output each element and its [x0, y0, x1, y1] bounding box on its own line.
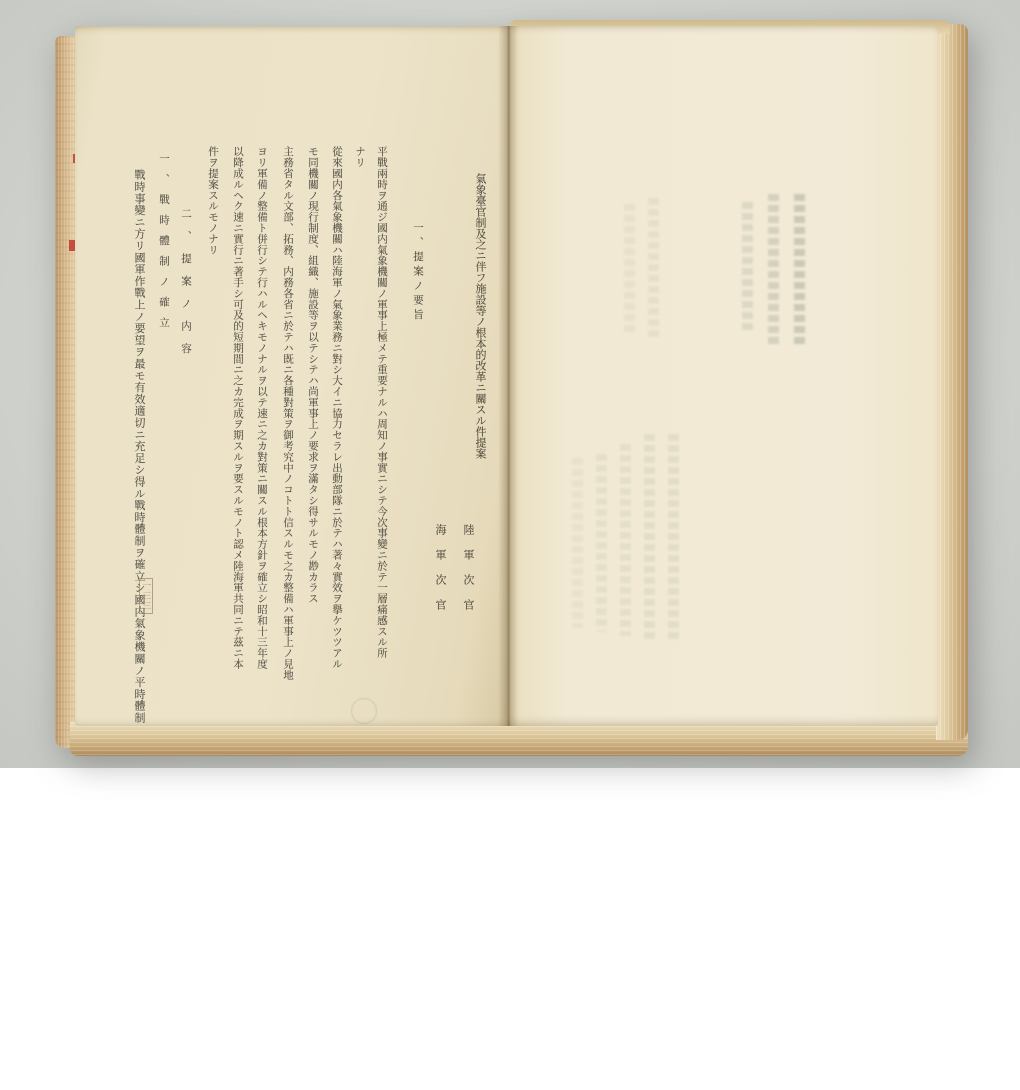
photo-background: 氣象臺官制及之ニ伴フ施設等ノ根本的改革ニ關スル件提案 陸軍次官 海軍次官 一、提… — [0, 0, 1020, 768]
addressee-army: 陸軍次官 — [462, 524, 474, 768]
body-column: ナリ — [354, 146, 366, 712]
showthrough-text-mark — [572, 458, 583, 628]
right-page-edges — [936, 24, 968, 740]
addressee-navy: 海軍次官 — [434, 524, 446, 768]
right-page — [508, 26, 938, 726]
bottom-page-edges — [70, 722, 968, 756]
showthrough-text-mark — [668, 434, 679, 640]
showthrough-text-mark — [624, 204, 635, 334]
body-column: 主務省タル文部、拓務、内務各省ニ於テハ既ニ各種對策ヲ御考究中ノコトト信スルモ之カ… — [282, 146, 294, 712]
body-column: 平戰兩時ヲ通ジ國内氣象機關ノ軍事上極メテ重要ナルハ周知ノ事實ニシテ今次事變ニ於テ… — [376, 146, 388, 712]
body-column: 件ヲ提案スルモノナリ — [207, 146, 219, 712]
showthrough-text-mark — [742, 202, 753, 330]
section-1-heading: 一、提案ノ要旨 — [412, 222, 424, 768]
seal-showthrough — [351, 698, 377, 724]
showthrough-text-mark — [648, 198, 659, 338]
body-column: 以降成ルヘク速ニ實行ニ著手シ可及的短期間ニ之カ完成ヲ期スルヲ要スルモノト認メ陸海… — [232, 146, 244, 712]
body-column: モ同機關ノ現行制度、組織、施設等ヲ以テシテハ尚軍事上ノ要求ヲ滿タシ得サルモノ尠カ… — [307, 146, 319, 712]
showthrough-text-mark — [620, 444, 631, 636]
open-book: 氣象臺官制及之ニ伴フ施設等ノ根本的改革ニ關スル件提案 陸軍次官 海軍次官 一、提… — [50, 16, 968, 752]
gutter-shadow — [498, 26, 518, 726]
showthrough-text-mark — [794, 194, 805, 346]
left-page: 氣象臺官制及之ニ伴フ施設等ノ根本的改革ニ關スル件提案 陸軍次官 海軍次官 一、提… — [75, 26, 508, 726]
showthrough-text-mark — [768, 194, 779, 344]
showthrough-text-mark — [644, 434, 655, 640]
subsection-heading: 一、戰時體制ノ確立 — [158, 153, 170, 719]
body-column: ヨリ軍備ノ整備ト併行シテ行ハルヘキモノナルヲ以テ速ニ之カ對策ニ關スル根本方針ヲ確… — [256, 146, 268, 712]
body-column: 戰時事變ニ方リ國軍作戰上ノ要望ヲ最モ有效適切ニ充足シ得ル戰時體制ヲ確立シ國内氣象… — [133, 169, 145, 749]
section-2-heading: 二、提案ノ内容 — [180, 208, 192, 768]
document-title: 氣象臺官制及之ニ伴フ施設等ノ根本的改革ニ關スル件提案 — [474, 173, 486, 739]
body-column: 從來國内各氣象機關ハ陸海軍ノ氣象業務ニ對シ大イニ協力セラレ出動部隊ニ於テハ著々實… — [331, 146, 343, 712]
showthrough-text-mark — [596, 454, 607, 632]
page-number: 一三三 — [139, 578, 153, 614]
